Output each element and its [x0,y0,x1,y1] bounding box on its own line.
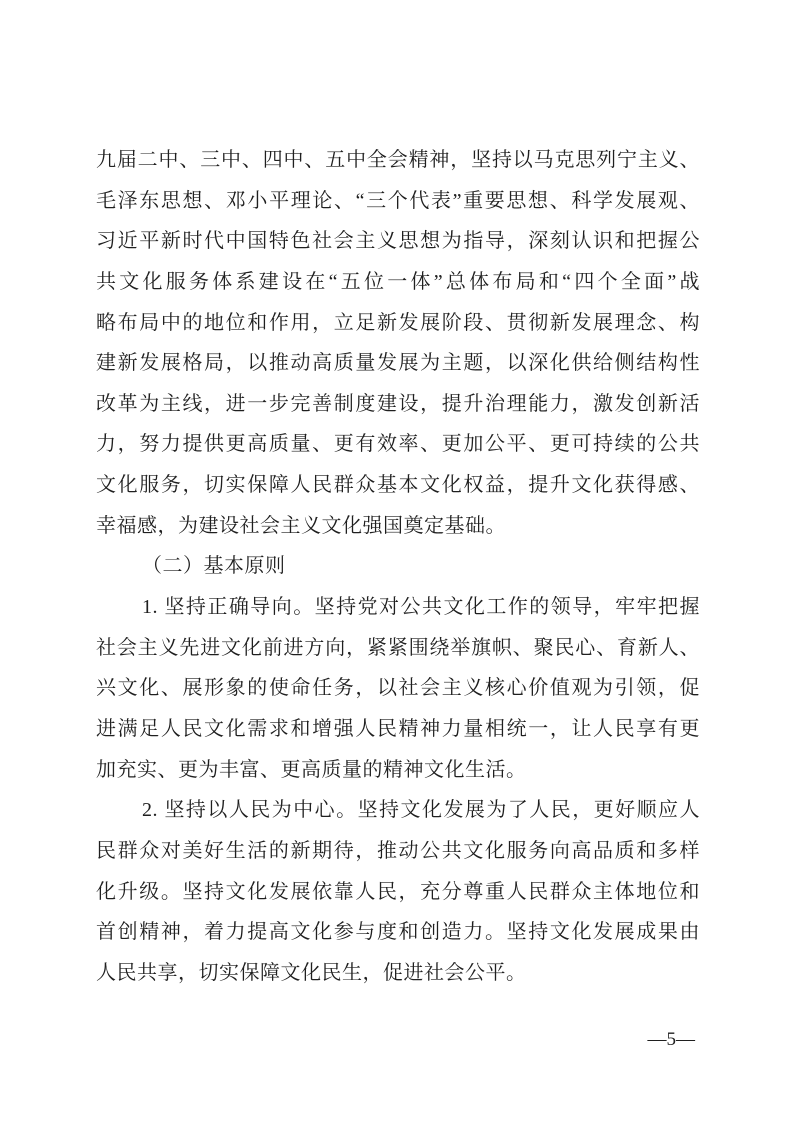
document-body: 九届二中、三中、四中、五中全会精神，坚持以马克思列宁主义、毛泽东思想、邓小平理论… [96,140,700,993]
text-line: 加充实、更为丰富、更高质量的精神文化生活。 [96,750,700,791]
text-line: 改革为主线，进一步完善制度建设，提升治理能力，激发创新活 [96,384,700,425]
text-line: 毛泽东思想、邓小平理论、“三个代表”重要思想、科学发展观、 [96,181,700,222]
text-line: 2. 坚持以人民为中心。坚持文化发展为了人民，更好顺应人 [96,790,700,831]
text-line: 化升级。坚持文化发展依靠人民，充分尊重人民群众主体地位和 [96,872,700,913]
text-line: 社会主义先进文化前进方向，紧紧围绕举旗帜、聚民心、育新人、 [96,628,700,669]
text-line: 1. 坚持正确导向。坚持党对公共文化工作的领导，牢牢把握 [96,587,700,628]
text-line: 进满足人民文化需求和增强人民精神力量相统一，让人民享有更 [96,709,700,750]
text-line: 建新发展格局，以推动高质量发展为主题，以深化供给侧结构性 [96,343,700,384]
text-line: 共文化服务体系建设在“五位一体”总体布局和“四个全面”战 [96,262,700,303]
document-page: 九届二中、三中、四中、五中全会精神，坚持以马克思列宁主义、毛泽东思想、邓小平理论… [0,0,793,1122]
text-line: 人民共享，切实保障文化民生，促进社会公平。 [96,953,700,994]
text-line: 幸福感，为建设社会主义文化强国奠定基础。 [96,506,700,547]
text-line: 习近平新时代中国特色社会主义思想为指导，深刻认识和把握公 [96,221,700,262]
page-number: —5— [648,1028,696,1052]
text-line: 九届二中、三中、四中、五中全会精神，坚持以马克思列宁主义、 [96,140,700,181]
text-line: 民群众对美好生活的新期待，推动公共文化服务向高品质和多样 [96,831,700,872]
text-line: （二）基本原则 [96,546,700,587]
text-line: 文化服务，切实保障人民群众基本文化权益，提升文化获得感、 [96,465,700,506]
text-line: 首创精神，着力提高文化参与度和创造力。坚持文化发展成果由 [96,912,700,953]
text-line: 略布局中的地位和作用，立足新发展阶段、贯彻新发展理念、构 [96,303,700,344]
text-line: 兴文化、展形象的使命任务，以社会主义核心价值观为引领，促 [96,668,700,709]
text-line: 力，努力提供更高质量、更有效率、更加公平、更可持续的公共 [96,424,700,465]
